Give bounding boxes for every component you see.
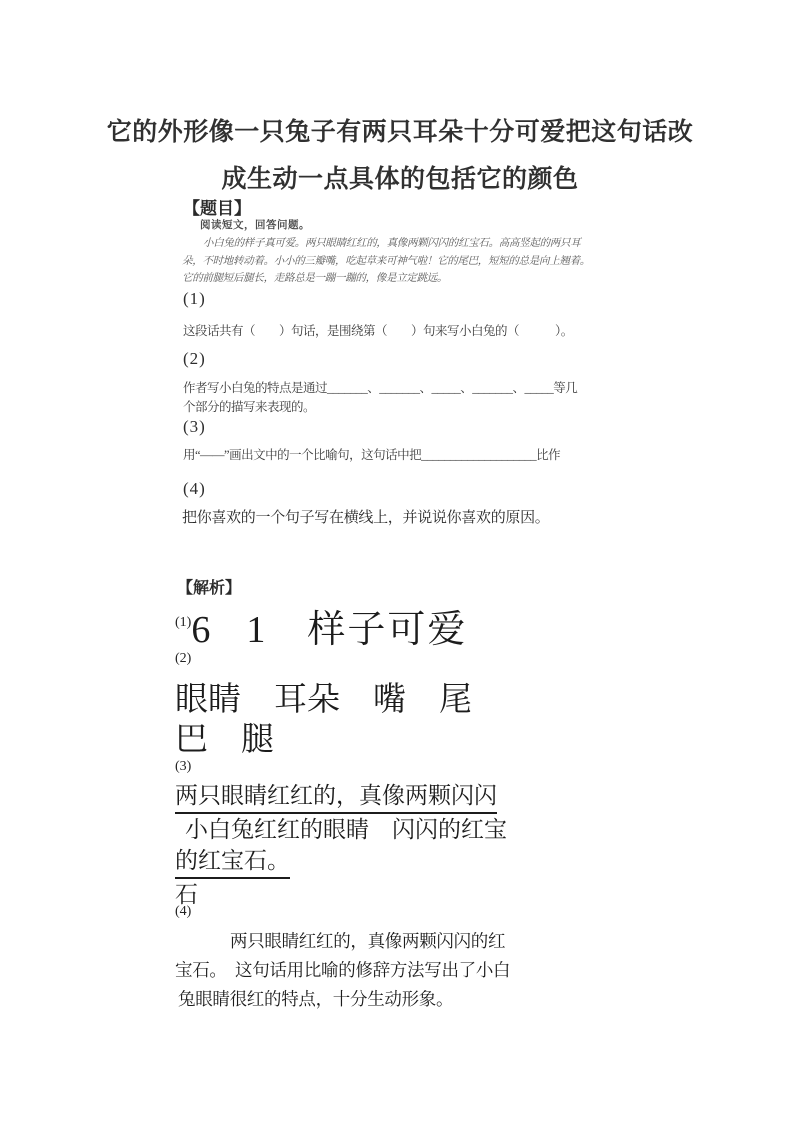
- question-1-text: 这段话共有（ ）句话，是围绕第（ ）句来写小白兔的（ ）。: [183, 321, 573, 339]
- answer-3-number: (3): [175, 759, 191, 775]
- page-title-line-1: 它的外形像一只兔子有两只耳朵十分可爱把这句话改: [107, 118, 694, 146]
- answer-4-block: 两只眼睛红红的，真像两颗闪闪的红 宝石。 这句话用比喻的修辞方法写出了小白 兔眼…: [175, 927, 510, 1014]
- answer-3-line-2: 小白兔红红的眼睛 闪闪的红宝: [175, 814, 507, 845]
- answer-4-line-3: 兔眼睛很红的特点，十分生动形象。: [175, 985, 510, 1014]
- answer-3-line-1: 两只眼睛红红的，真像两颗闪闪: [175, 780, 507, 814]
- passage-line-3: 它的前腿短后腿长，走路总是一蹦一蹦的，像是立定跳远。: [182, 270, 590, 288]
- page-title-line-2: 成生动一点具体的包括它的颜色: [221, 165, 578, 193]
- answer-3-underlined-text-2: 的红宝石。: [175, 845, 290, 879]
- question-2-text-line-2: 个部分的描写来表现的。: [183, 397, 315, 415]
- answer-1-value-sentence-index: 1: [246, 609, 265, 651]
- answer-1-number: (1): [175, 615, 191, 630]
- answer-1-value-feature: 样子可爱: [307, 609, 467, 651]
- passage-line-1: 小白兔的样子真可爱。两只眼睛红红的，真像两颗闪闪的红宝石。高高竖起的两只耳: [182, 235, 590, 253]
- answer-1-value-sentence-count: 6: [191, 609, 210, 651]
- answer-4-number: (4): [175, 904, 191, 920]
- answer-2-line-2: 巴 腿: [175, 713, 274, 760]
- answer-1-row: (1)61样子可爱: [175, 598, 467, 653]
- question-3-text: 用“——”画出文中的一个比喻句，这句话中把___________________…: [183, 445, 560, 463]
- answer-3-underlined-text-1: 两只眼睛红红的，真像两颗闪闪: [175, 780, 497, 814]
- question-4-number: (4): [183, 479, 206, 499]
- question-2-text-line-1: 作者写小白兔的特点是通过_______、_______、_____、______…: [183, 378, 577, 396]
- answer-4-line-1: 两只眼睛红红的，真像两颗闪闪的红: [175, 927, 510, 956]
- answer-4-line-2: 宝石。 这句话用比喻的修辞方法写出了小白: [175, 956, 510, 985]
- answer-3-line-3: 的红宝石。: [175, 845, 507, 879]
- question-section-header: 【题目】: [183, 194, 251, 219]
- answer-3-line-4: 石: [175, 879, 507, 910]
- answer-section-header: 【解析】: [177, 575, 241, 598]
- answer-3-block: 两只眼睛红红的，真像两颗闪闪 小白兔红红的眼睛 闪闪的红宝 的红宝石。 石: [175, 780, 507, 910]
- reading-instruction: 阅读短文，回答问题。: [200, 217, 310, 232]
- passage-line-2: 朵，不时地转动着。小小的三瓣嘴，吃起草来可神气啦！它的尾巴，短短的总是向上翘着。: [182, 253, 590, 271]
- reading-passage: 小白兔的样子真可爱。两只眼睛红红的，真像两颗闪闪的红宝石。高高竖起的两只耳 朵，…: [182, 235, 590, 288]
- question-3-number: (3): [183, 417, 206, 437]
- answer-2-number: (2): [175, 651, 191, 667]
- question-4-text: 把你喜欢的一个句子写在横线上，并说说你喜欢的原因。: [182, 506, 550, 527]
- document-page: 它的外形像一只兔子有两只耳朵十分可爱把这句话改成生动一点具体的包括它的颜色 【题…: [0, 0, 800, 1131]
- page-title: 它的外形像一只兔子有两只耳朵十分可爱把这句话改成生动一点具体的包括它的颜色: [0, 109, 800, 203]
- question-2-number: (2): [183, 349, 206, 369]
- question-1-number: (1): [183, 289, 206, 309]
